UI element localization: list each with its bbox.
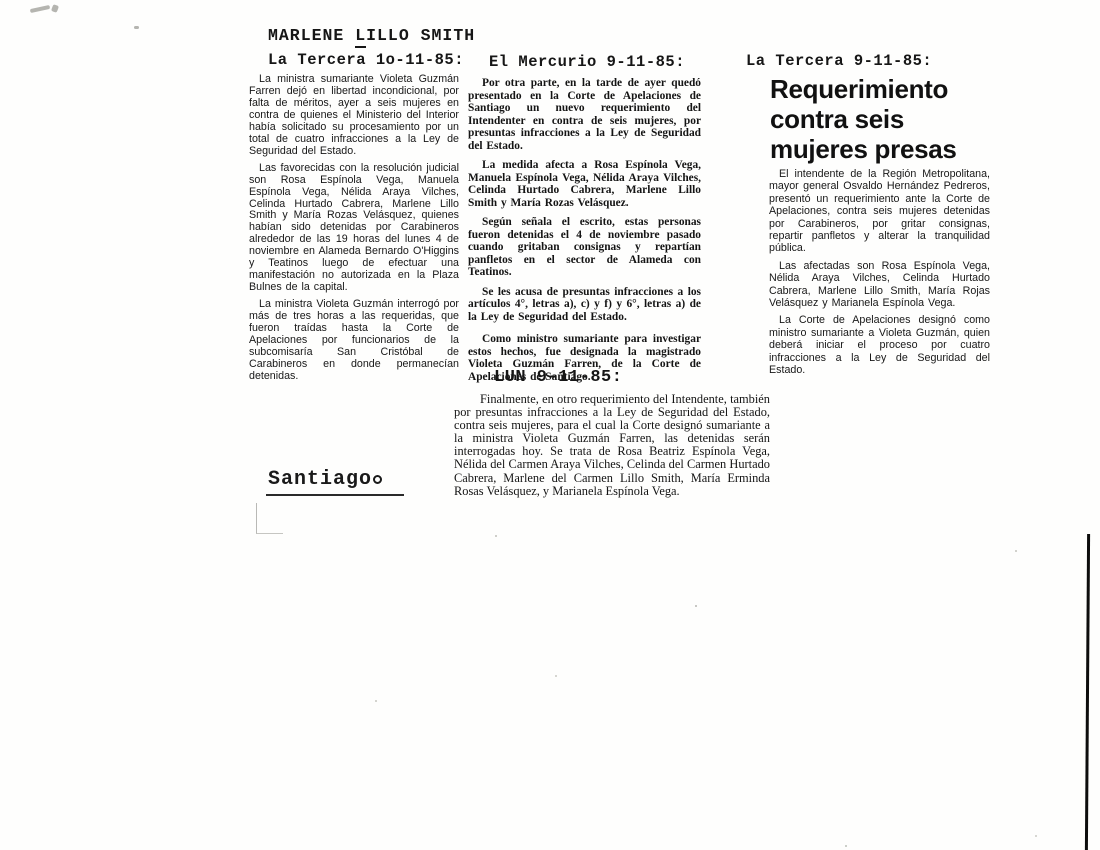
source-header-el-mercurio: El Mercurio 9-11-85: [489, 53, 685, 71]
article-paragraph: La Corte de Apelaciones designó como min… [769, 314, 990, 376]
page-title-pre: MARLENE [268, 26, 355, 45]
source-header-la-tercera-9: La Tercera 9-11-85: [746, 52, 932, 70]
article-paragraph: Las favorecidas con la resolución judici… [249, 163, 459, 294]
page-title-post: ILLO SMITH [366, 26, 475, 45]
source-header-la-tercera-10: La Tercera 1o-11-85: [268, 51, 464, 69]
scan-noise [495, 535, 497, 537]
pencil-mark [134, 26, 139, 29]
pencil-mark [51, 4, 59, 13]
article-la-tercera-9: El intendente de la Región Metropolitana… [769, 168, 990, 382]
article-paragraph: Según señala el escrito, estas personas … [468, 216, 701, 279]
photocopy-corner-bracket [256, 503, 283, 534]
article-paragraph: Las afectadas son Rosa Espínola Vega, Né… [769, 260, 990, 310]
article-paragraph: La ministra Violeta Guzmán interrogó por… [249, 299, 459, 383]
article-paragraph: El intendente de la Región Metropolitana… [769, 168, 990, 255]
article-lun: Finalmente, en otro requerimiento del In… [454, 393, 770, 498]
article-paragraph: Finalmente, en otro requerimiento del In… [454, 393, 770, 498]
santiago-period-mark [373, 475, 382, 484]
article-la-tercera-10: La ministra sumariante Violeta Guzmán Fa… [249, 74, 459, 388]
santiago-signoff: Santiago [266, 468, 404, 496]
article-el-mercurio: Por otra parte, en la tarde de ayer qued… [468, 77, 701, 390]
article-headline: Requerimiento contra seis mujeres presas [770, 74, 998, 164]
article-paragraph: La ministra sumariante Violeta Guzmán Fa… [249, 74, 459, 158]
pencil-mark [30, 5, 50, 13]
article-paragraph: Se les acusa de presuntas infracciones a… [468, 286, 701, 324]
page-title-underlined-letter: L [355, 26, 366, 48]
photocopy-edge-line [1085, 534, 1090, 850]
article-paragraph: Por otra parte, en la tarde de ayer qued… [468, 77, 701, 152]
source-header-lun: LUN 9-11-85: [494, 368, 622, 387]
page-title: MARLENE LILLO SMITH [268, 26, 475, 45]
article-paragraph: La medida afecta a Rosa Espínola Vega, M… [468, 159, 701, 209]
santiago-signoff-text: Santiago [268, 468, 372, 491]
